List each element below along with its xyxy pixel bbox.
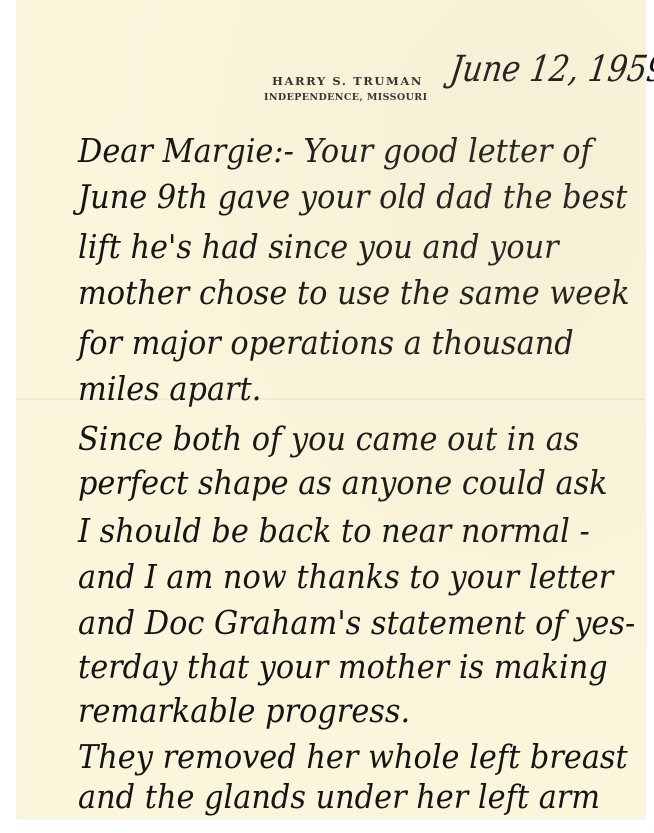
- body-line: perfect shape as anyone could ask: [78, 466, 608, 499]
- body-line: I should be back to near normal -: [78, 514, 590, 547]
- body-line: terday that your mother is making: [78, 650, 608, 683]
- body-line: and the glands under her left arm: [78, 780, 600, 813]
- body-line: remarkable progress.: [78, 694, 410, 727]
- body-line: and Doc Graham's statement of yes-: [78, 606, 635, 639]
- letterhead-name: HARRY S. TRUMAN: [272, 74, 427, 88]
- letter-page: HARRY S. TRUMAN INDEPENDENCE, MISSOURI J…: [16, 0, 645, 818]
- body-line: mother chose to use the same week: [78, 276, 630, 309]
- body-line: They removed her whole left breast: [78, 740, 628, 773]
- body-line: for major operations a thousand: [78, 326, 574, 359]
- letterhead: HARRY S. TRUMAN INDEPENDENCE, MISSOURI: [264, 74, 427, 103]
- body-line: June 9th gave your old dad the best: [78, 180, 627, 213]
- body-line: Since both of you came out in as: [78, 422, 579, 455]
- salutation-line: Dear Margie:- Your good letter of: [78, 134, 592, 167]
- body-line: and I am now thanks to your letter: [78, 560, 613, 593]
- letterhead-place: INDEPENDENCE, MISSOURI: [264, 92, 427, 103]
- body-line: miles apart.: [78, 372, 261, 405]
- letter-date: June 12, 1959.: [448, 52, 654, 88]
- body-line: lift he's had since you and your: [78, 230, 559, 263]
